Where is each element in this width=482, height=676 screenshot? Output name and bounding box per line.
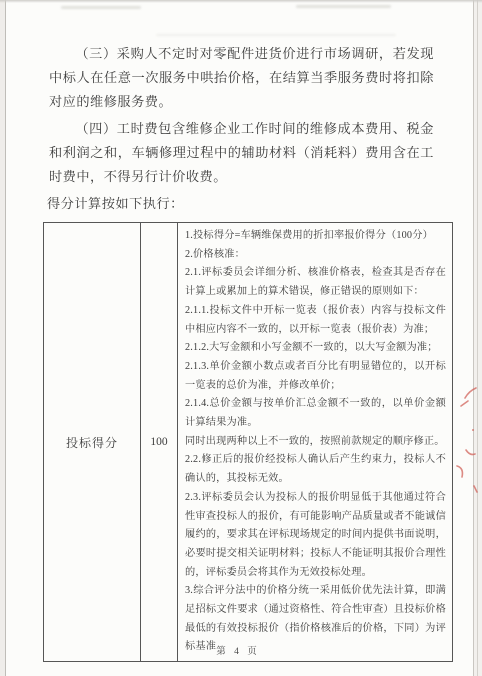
document-content: （三）采购人不定时对零配件进货价进行市场调研，若发现中标人在任意一次服务中哄抬价… — [6, 0, 474, 662]
paragraph-clause-3: （三）采购人不定时对零配件进货价进行市场调研，若发现中标人在任意一次服务中哄抬价… — [49, 42, 434, 114]
scanned-page: （三）采购人不定时对零配件进货价进行市场调研，若发现中标人在任意一次服务中哄抬价… — [0, 0, 482, 676]
criteria-paragraph: 2.1.1.投标文件中开标一览表（报价表）内容与投标文件中相应内容不一致的，以开… — [185, 302, 446, 339]
criteria-paragraph: 2.1.评标委员会详细分析、核准价格表，检查其是否存在计算上或累加上的算术错误，… — [185, 264, 446, 301]
criteria-paragraph: 1.投标得分=车辆维保费用的折扣率报价得分（100分） — [185, 227, 446, 246]
criteria-paragraph: 同时出现两种以上不一致的，按照前款规定的顺序修正。 — [185, 433, 446, 452]
criteria-paragraph: 2.1.2.大写金额和小写金额不一致的，以大写金额为准； — [185, 339, 446, 358]
criteria-paragraph: 2.价格核准： — [185, 246, 446, 265]
paragraph-clause-4: （四）工时费包含维修企业工作时间的维修成本费用、税金和利润之和，车辆修理过程中的… — [49, 117, 434, 189]
criteria-paragraph: 2.1.3.单价金额小数点或者百分比有明显错位的，以开标一览表的总价为准，并修改… — [185, 358, 446, 395]
page-footer: 第 4 页 — [6, 643, 470, 657]
score-value-cell: 100 — [141, 223, 178, 662]
scan-top-edge — [0, 0, 482, 3]
criteria-cell: 1.投标得分=车辆维保费用的折扣率报价得分（100分） 2.价格核准： 2.1.… — [178, 223, 453, 662]
paper: （三）采购人不定时对零配件进货价进行市场调研，若发现中标人在任意一次服务中哄抬价… — [5, 0, 473, 676]
score-intro: 得分计算按如下执行： — [47, 192, 434, 216]
red-ink-marks — [452, 378, 482, 583]
criteria-paragraph: 2.3.评标委员会认为投标人的报价明显低于其他通过符合性审查投标人的报价，有可能… — [185, 489, 446, 583]
score-table-row: 投标得分 100 1.投标得分=车辆维保费用的折扣率报价得分（100分） 2.价… — [44, 223, 453, 662]
score-item-label-cell: 投标得分 — [44, 223, 141, 662]
score-table: 投标得分 100 1.投标得分=车辆维保费用的折扣率报价得分（100分） 2.价… — [43, 222, 453, 662]
criteria-paragraph: 2.2.修正后的报价经投标人确认后产生约束力，投标人不确认的，其投标无效。 — [185, 451, 446, 488]
criteria-paragraph: 2.1.4.总价金额与按单价汇总金额不一致的，以单价金额计算结果为准。 — [185, 395, 446, 432]
